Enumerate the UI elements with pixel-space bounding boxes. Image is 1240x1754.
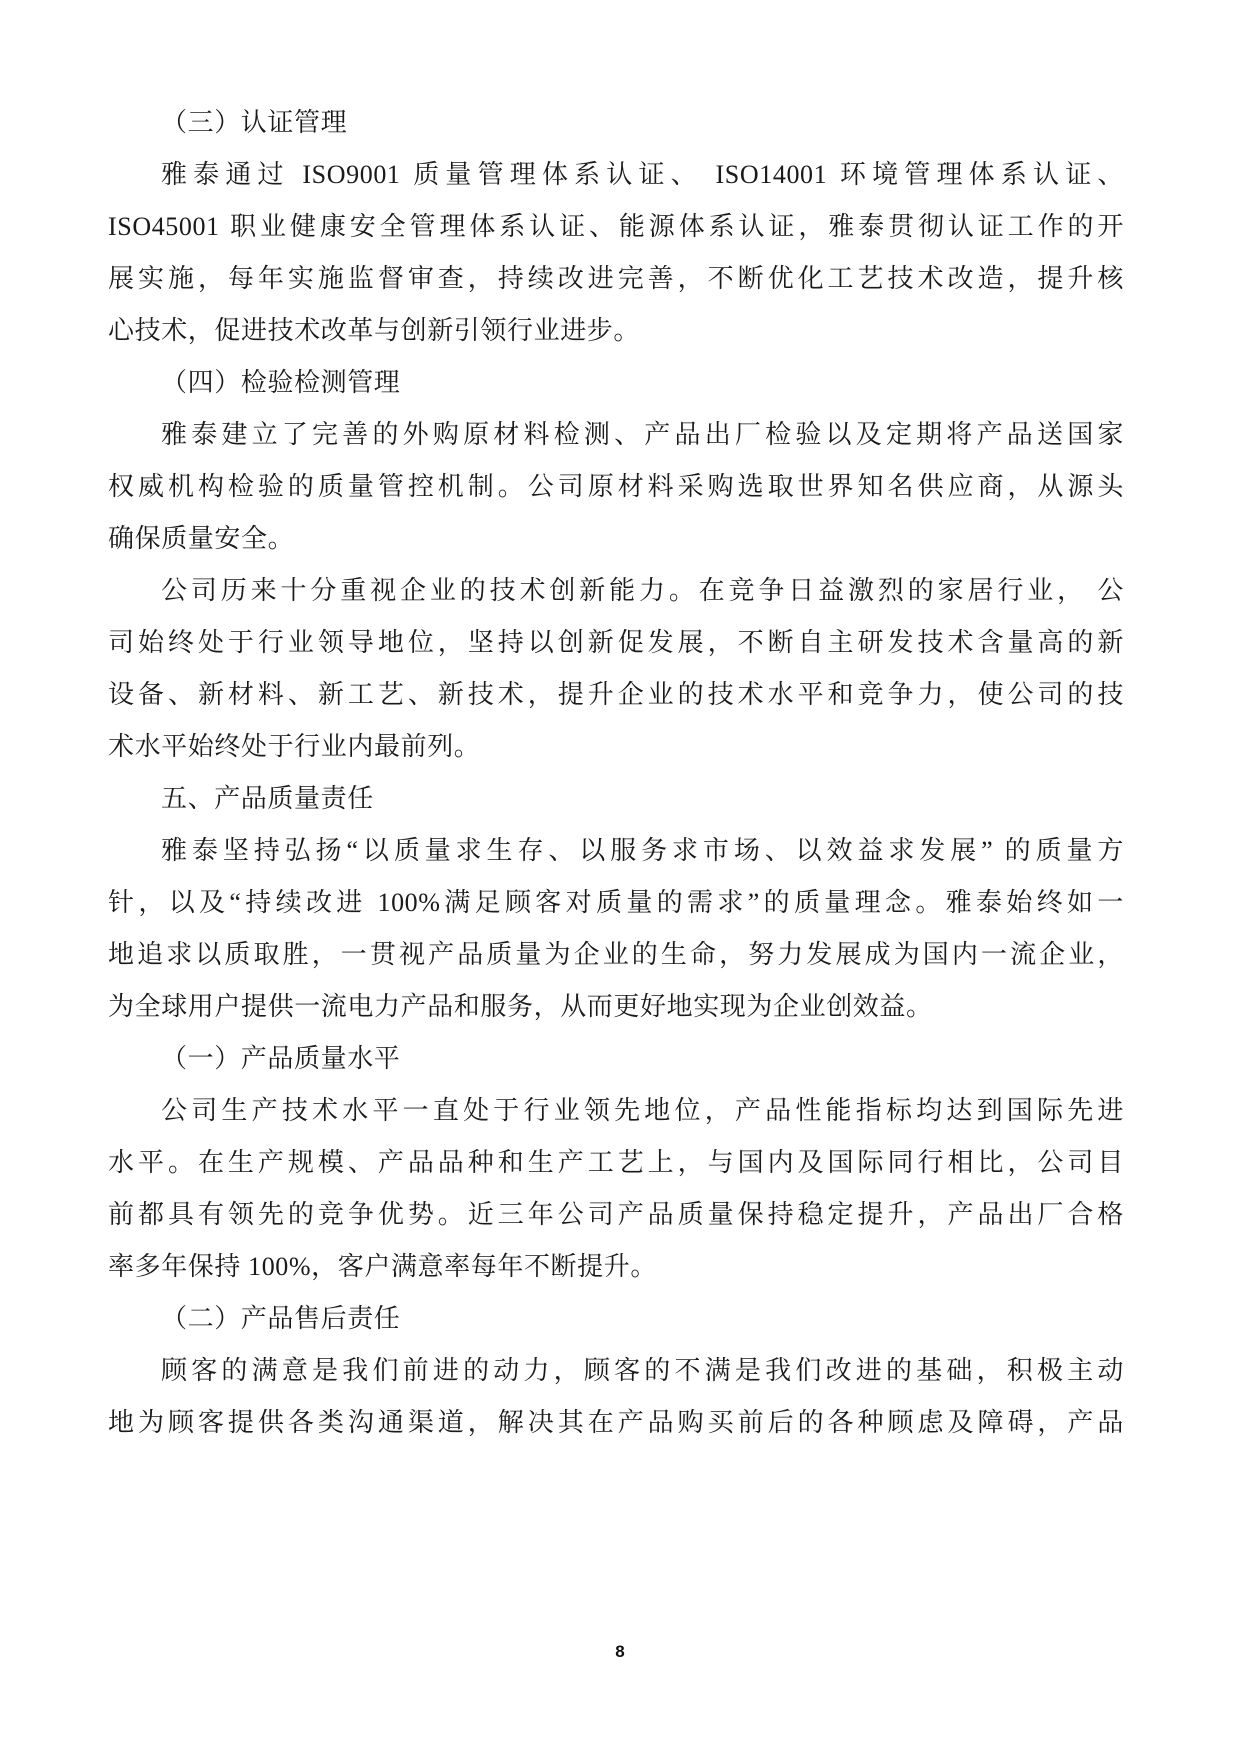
paragraph-line: 权威机构检验的质量管控机制。公司原材料采购选取世界知名供应商，从源头 bbox=[108, 467, 1124, 507]
paragraph-line: 公司生产技术水平一直处于行业领先地位，产品性能指标均达到国际先进 bbox=[161, 1091, 1124, 1131]
document-page: （三）认证管理 雅泰通过 ISO9001 质量管理体系认证、 ISO14001 … bbox=[0, 0, 1240, 1754]
paragraph-line: 前都具有领先的竞争优势。近三年公司产品质量保持稳定提升，产品出厂合格 bbox=[108, 1195, 1124, 1235]
paragraph-line: 雅泰坚持弘扬“以质量求生存、以服务求市场、以效益求发展” 的质量方 bbox=[161, 831, 1124, 871]
section-heading-quality-level: （一）产品质量水平 bbox=[161, 1039, 1177, 1079]
page-number: 8 bbox=[0, 1642, 1240, 1662]
paragraph-line: 展实施，每年实施监督审查，持续改进完善，不断优化工艺技术改造，提升核 bbox=[108, 259, 1124, 299]
paragraph-line: 顾客的满意是我们前进的动力，顾客的不满是我们改进的基础，积极主动 bbox=[161, 1351, 1124, 1391]
section-heading-after-sales: （二）产品售后责任 bbox=[161, 1299, 1177, 1339]
paragraph-line: 水平。在生产规模、产品品种和生产工艺上，与国内及国际同行相比，公司目 bbox=[108, 1143, 1124, 1183]
section-heading-certification: （三）认证管理 bbox=[161, 103, 1177, 143]
paragraph-line: 地追求以质取胜，一贯视产品质量为企业的生命，努力发展成为国内一流企业， bbox=[108, 935, 1124, 975]
paragraph-line: 率多年保持 100%，客户满意率每年不断提升。 bbox=[108, 1247, 1124, 1287]
paragraph-line: 设备、新材料、新工艺、新技术，提升企业的技术水平和竞争力，使公司的技 bbox=[108, 675, 1124, 715]
paragraph-line: 雅泰建立了完善的外购原材料检测、产品出厂检验以及定期将产品送国家 bbox=[161, 415, 1124, 455]
section-heading-inspection: （四）检验检测管理 bbox=[161, 363, 1177, 403]
paragraph-line: 术水平始终处于行业内最前列。 bbox=[108, 727, 1124, 767]
section-heading-quality-responsibility: 五、产品质量责任 bbox=[161, 779, 1177, 819]
paragraph-line: 心技术，促进技术改革与创新引领行业进步。 bbox=[108, 311, 1124, 351]
paragraph-line: ISO45001 职业健康安全管理体系认证、能源体系认证，雅泰贯彻认证工作的开 bbox=[108, 207, 1124, 247]
paragraph-line: 确保质量安全。 bbox=[108, 519, 1124, 559]
paragraph-line: 为全球用户提供一流电力产品和服务，从而更好地实现为企业创效益。 bbox=[108, 987, 1124, 1027]
paragraph-line: 地为顾客提供各类沟通渠道，解决其在产品购买前后的各种顾虑及障碍，产品 bbox=[108, 1403, 1124, 1443]
paragraph-line: 公司历来十分重视企业的技术创新能力。在竞争日益激烈的家居行业， 公 bbox=[161, 571, 1124, 611]
paragraph-line: 针，以及“持续改进 100%满足顾客对质量的需求”的质量理念。雅泰始终如一 bbox=[108, 883, 1124, 923]
paragraph-line: 雅泰通过 ISO9001 质量管理体系认证、 ISO14001 环境管理体系认证… bbox=[161, 155, 1124, 195]
paragraph-line: 司始终处于行业领导地位，坚持以创新促发展，不断自主研发技术含量高的新 bbox=[108, 623, 1124, 663]
